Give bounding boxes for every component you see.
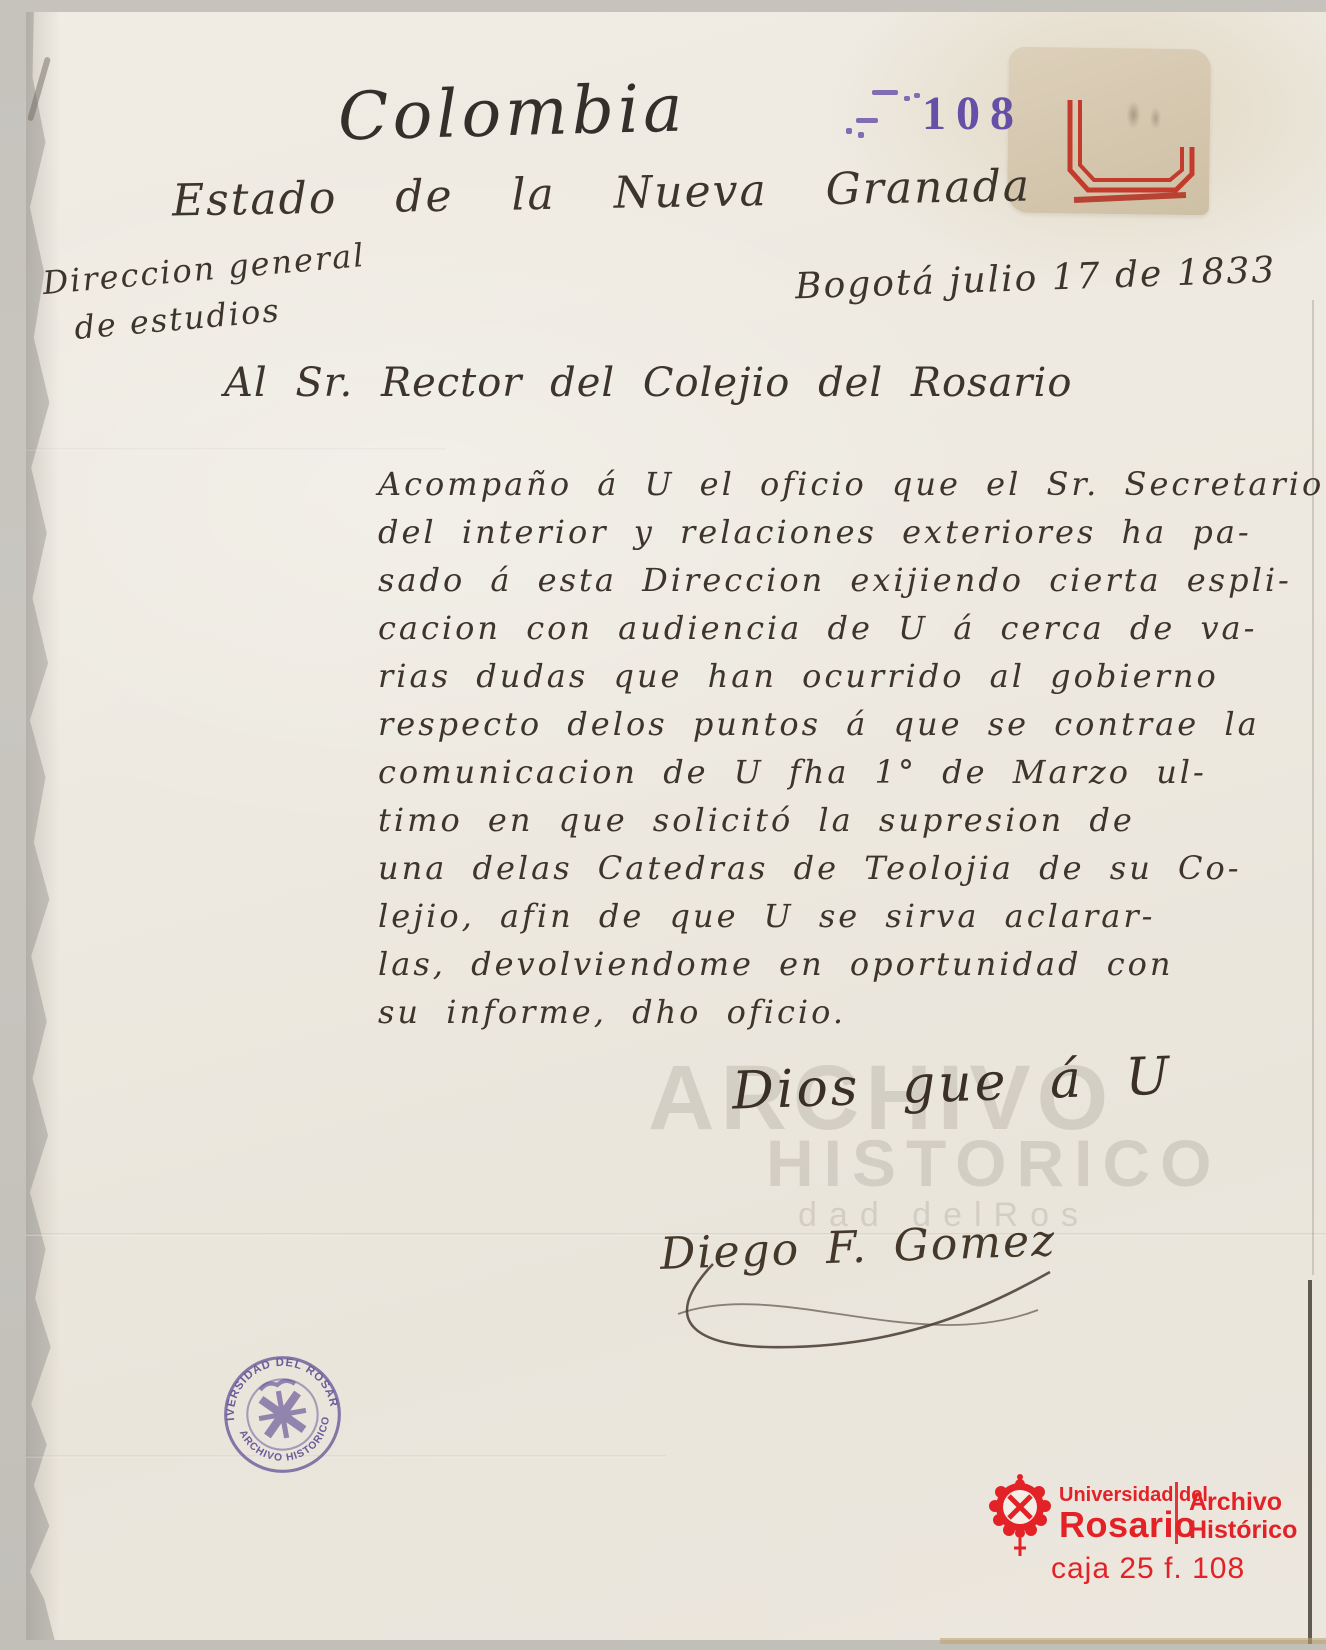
brand-unit-line2: Histórico: [1189, 1516, 1297, 1545]
ink-smudge: [846, 128, 852, 134]
manuscript-line: timo en que solicitó la supresion de: [378, 796, 1324, 844]
manuscript-line: del interior y relaciones exteriores ha …: [378, 508, 1324, 556]
manuscript-line: Acompaño á U el oficio que el Sr. Secret…: [378, 460, 1324, 508]
manuscript-line: sado á esta Direccion exijiendo cierta e…: [378, 556, 1324, 604]
left-edge-shading: [26, 12, 60, 1640]
ink-smudge: [914, 93, 920, 98]
ink-smudge: [904, 96, 910, 101]
ink-smudge: [872, 90, 898, 95]
manuscript-line: respecto delos puntos á que se contrae l…: [378, 700, 1324, 748]
manuscript-line: cacion con audiencia de U á cerca de va-: [378, 604, 1324, 652]
seal-cross-emblem: [253, 1378, 310, 1442]
scanned-document-page: ARCHIVO HISTORICO dad delRos Colombia Es…: [0, 0, 1326, 1650]
rosario-crest-icon: [987, 1472, 1053, 1562]
folio-number-stamp: 108: [922, 86, 1024, 141]
addressee-line: Al Sr. Rector del Colejio del Rosario: [224, 360, 1072, 406]
manuscript-line: rias dudas que han ocurrido al gobierno: [378, 652, 1324, 700]
manuscript-line: comunicacion de U fha 1° de Marzo ul-: [378, 748, 1324, 796]
archive-brand-block: Universidad del Rosario Archivo Históric…: [985, 1466, 1315, 1606]
brand-divider: [1175, 1482, 1178, 1544]
manuscript-line: las, devolviendome en oportunidad con: [378, 940, 1324, 988]
manuscript-line: lejio, afin de que U se sirva aclarar-: [378, 892, 1324, 940]
signature-flourish: [618, 1252, 1098, 1362]
manuscript-line: su informe, dho oficio.: [378, 988, 1324, 1036]
brand-unit-line1: Archivo: [1189, 1488, 1282, 1517]
red-bracket-stamp: [1058, 92, 1208, 212]
ink-smudge: [858, 132, 864, 138]
archive-round-seal: UNIVERSIDAD DEL ROSARIO ARCHIVO HISTORIC…: [193, 1325, 373, 1505]
paper-crease: [26, 448, 446, 451]
ink-smudge: [856, 118, 878, 123]
country-heading: Colombia: [337, 69, 687, 155]
manuscript-line: una delas Catedras de Teolojia de su Co-: [378, 844, 1324, 892]
letter-body: Acompaño á U el oficio que el Sr. Secret…: [378, 460, 1324, 1036]
watermark-line2: HISTORICO: [766, 1130, 1221, 1196]
bottom-page-edge: [940, 1638, 1326, 1644]
archive-reference: caja 25 f. 108: [1051, 1552, 1245, 1586]
